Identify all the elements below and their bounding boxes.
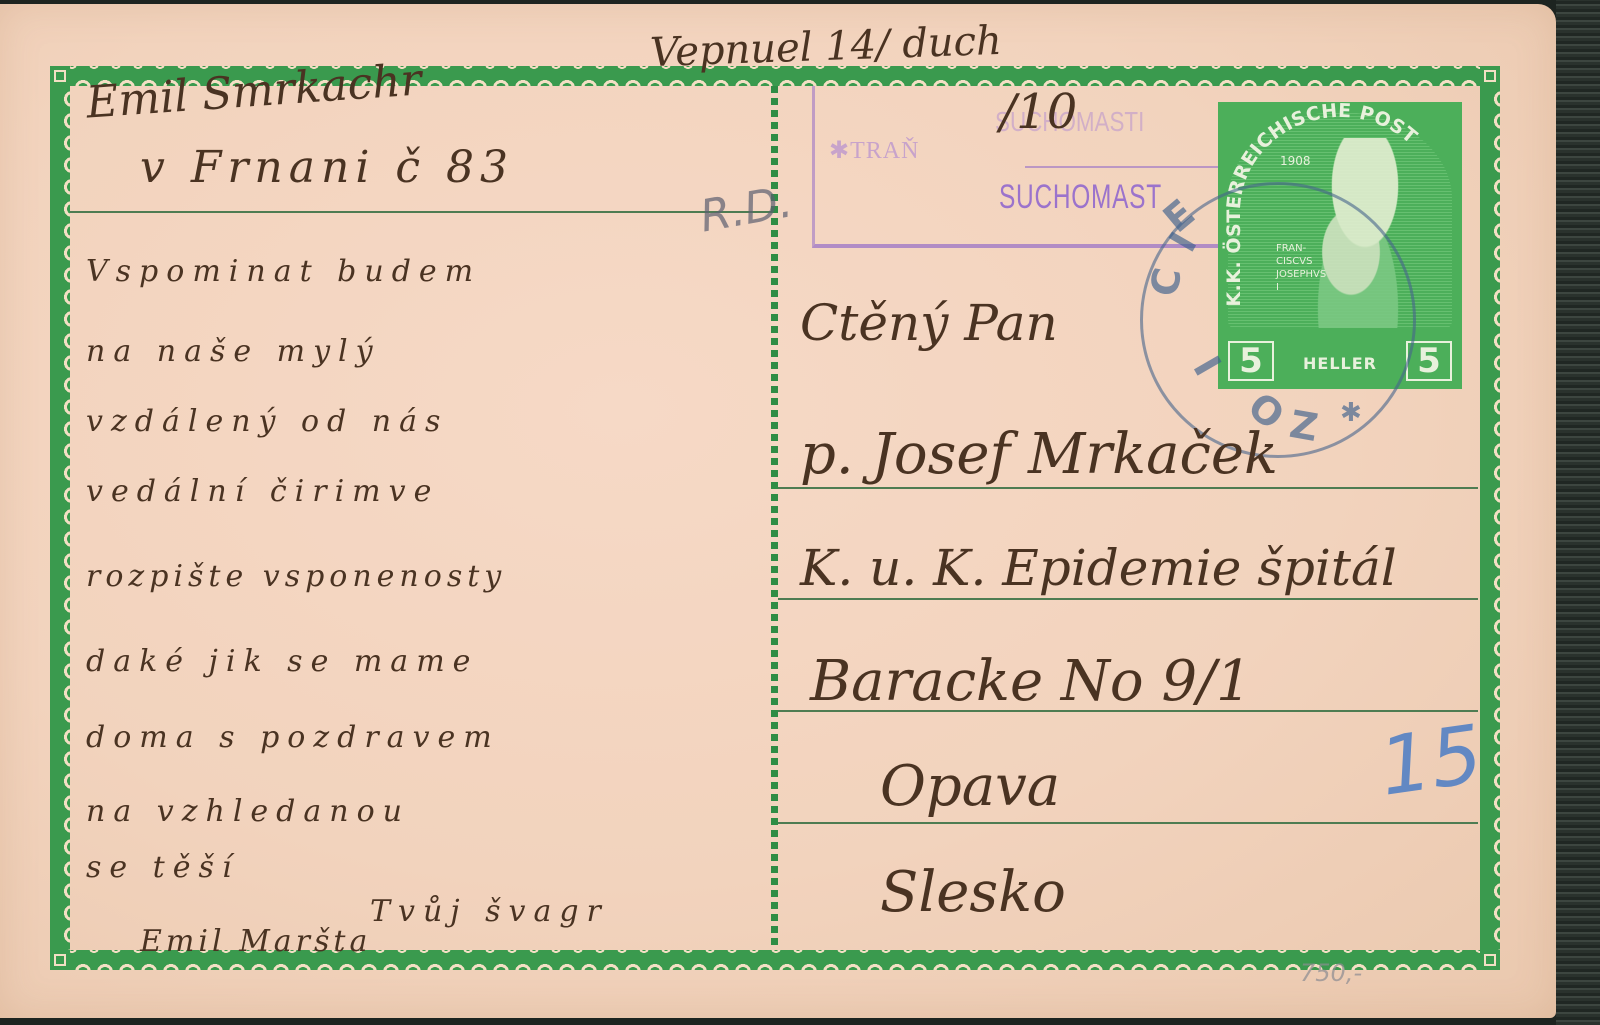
scan-background (1556, 0, 1600, 1025)
message-line: vedální čirimve (86, 474, 439, 509)
message-line: se těší (86, 850, 240, 885)
message-line: na naše mylý (86, 334, 381, 369)
frame-right-band (1480, 66, 1500, 970)
frame-corner-icon (50, 950, 70, 970)
frame-corner-icon (1480, 950, 1500, 970)
blue-pencil-mark: 15 (1374, 707, 1488, 813)
postmark-star-icon: ✱ (1340, 398, 1362, 428)
address-line-1: K. u. K. Epidemie špitál (800, 539, 1397, 597)
address-rule (778, 487, 1478, 489)
frame-left-band (50, 66, 70, 970)
message-line: doma s pozdravem (86, 720, 500, 755)
signature: Emil Maršta (140, 924, 371, 959)
address-rule (778, 598, 1478, 600)
address-city: Opava (880, 754, 1060, 819)
price-pencil-mark: 750,- (1300, 959, 1362, 987)
cachet-main-text: SUCHOMAST (999, 178, 1162, 217)
message-line: daké jik se mame (86, 644, 478, 679)
address-line-2: Baracke No 9/1 (810, 649, 1252, 714)
postcard: ✱TRAŇ SUCHOMASTI SUCHOMAST K.K. ÖSTERREI… (0, 4, 1556, 1018)
cachet-left-text: ✱TRAŇ (829, 136, 919, 165)
date-fragment: /10 (1000, 84, 1077, 140)
message-line: Tvůj švagr (370, 894, 609, 929)
frame-corner-icon (1480, 66, 1500, 86)
frame-corner-icon (50, 66, 70, 86)
message-line: vzdálený od nás (86, 404, 448, 439)
message-line: rozpište vsponenosty (86, 559, 506, 594)
address-name: p. Josef Mrkaček (800, 422, 1278, 487)
sender-line-2: v Frnani č 83 (140, 142, 514, 193)
stamp-year: 1908 (1280, 154, 1311, 168)
address-region: Slesko (880, 860, 1066, 925)
cachet-separator (1025, 166, 1221, 168)
sender-rule (70, 211, 771, 213)
address-rule (778, 822, 1478, 824)
message-line: na vzhledanou (86, 794, 410, 829)
message-line: Vspominat budem (86, 254, 481, 289)
address-salutation: Ctěný Pan (800, 294, 1058, 352)
